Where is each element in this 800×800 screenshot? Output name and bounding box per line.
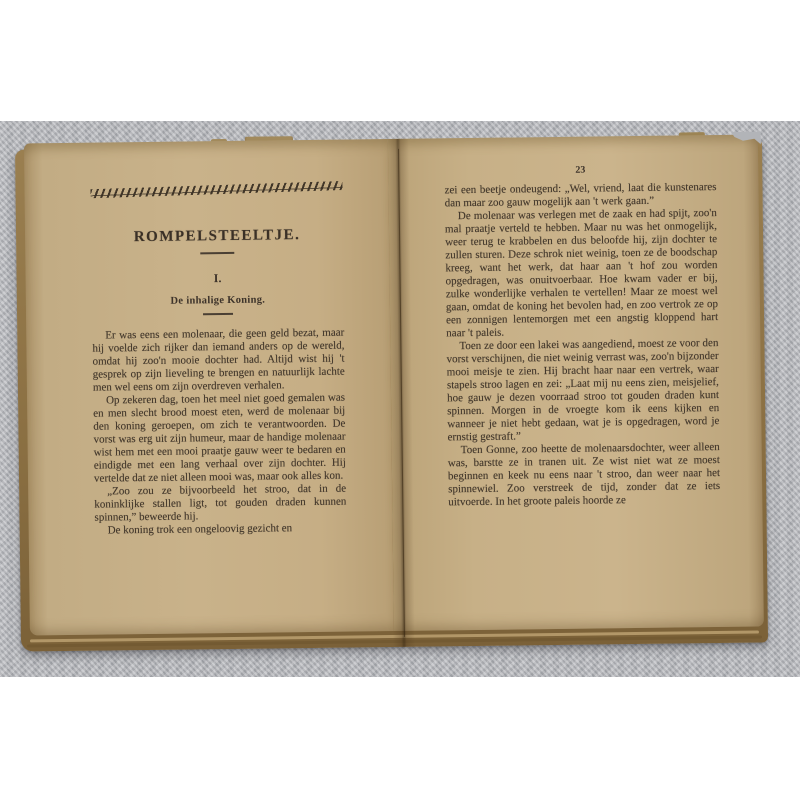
title-rule — [200, 252, 234, 254]
paragraph: Er was eens een molenaar, die geen geld … — [92, 327, 345, 395]
paragraph: zei een beetje ondeugend: „Wel, vriend, … — [444, 181, 716, 210]
left-page: ROMPELSTEELTJE. I. De inhalige Koning. E… — [24, 139, 394, 635]
right-page-text: zei een beetje ondeugend: „Wel, vriend, … — [444, 181, 720, 509]
paragraph: „Zoo zou ze bijvoorbeeld het stroo, dat … — [94, 483, 346, 525]
open-book: ROMPELSTEELTJE. I. De inhalige Koning. E… — [15, 134, 769, 651]
paragraph: Toen ze door een lakei was aangediend, m… — [446, 337, 719, 444]
paragraph: Op zekeren dag, toen het meel niet goed … — [93, 392, 346, 486]
right-page-content: 23 zei een beetje ondeugend: „Wel, vrien… — [444, 163, 720, 509]
ornamental-rule — [90, 181, 342, 198]
right-page: 23 zei een beetje ondeugend: „Wel, vrien… — [388, 135, 764, 631]
left-page-text: Er was eens een molenaar, die geen geld … — [92, 327, 347, 538]
page-number: 23 — [444, 163, 716, 177]
chapter-title: De inhalige Koning. — [92, 294, 344, 308]
paragraph: Toen Gonne, zoo heette de molenaarsdocht… — [448, 441, 721, 509]
story-title: ROMPELSTEELTJE. — [91, 227, 343, 247]
left-page-content: ROMPELSTEELTJE. I. De inhalige Koning. E… — [90, 184, 346, 538]
torn-corner-notch — [731, 131, 761, 144]
chapter-number: I. — [92, 270, 344, 288]
fabric-background: ROMPELSTEELTJE. I. De inhalige Koning. E… — [0, 121, 800, 677]
paragraph: De molenaar was verlegen met de zaak en … — [445, 207, 719, 340]
paragraph: De koning trok een ongeloovig gezicht en — [95, 522, 347, 538]
photo-of-open-book: ROMPELSTEELTJE. I. De inhalige Koning. E… — [0, 0, 800, 800]
gutter-crease-line — [398, 149, 405, 637]
chapter-rule — [203, 313, 233, 315]
